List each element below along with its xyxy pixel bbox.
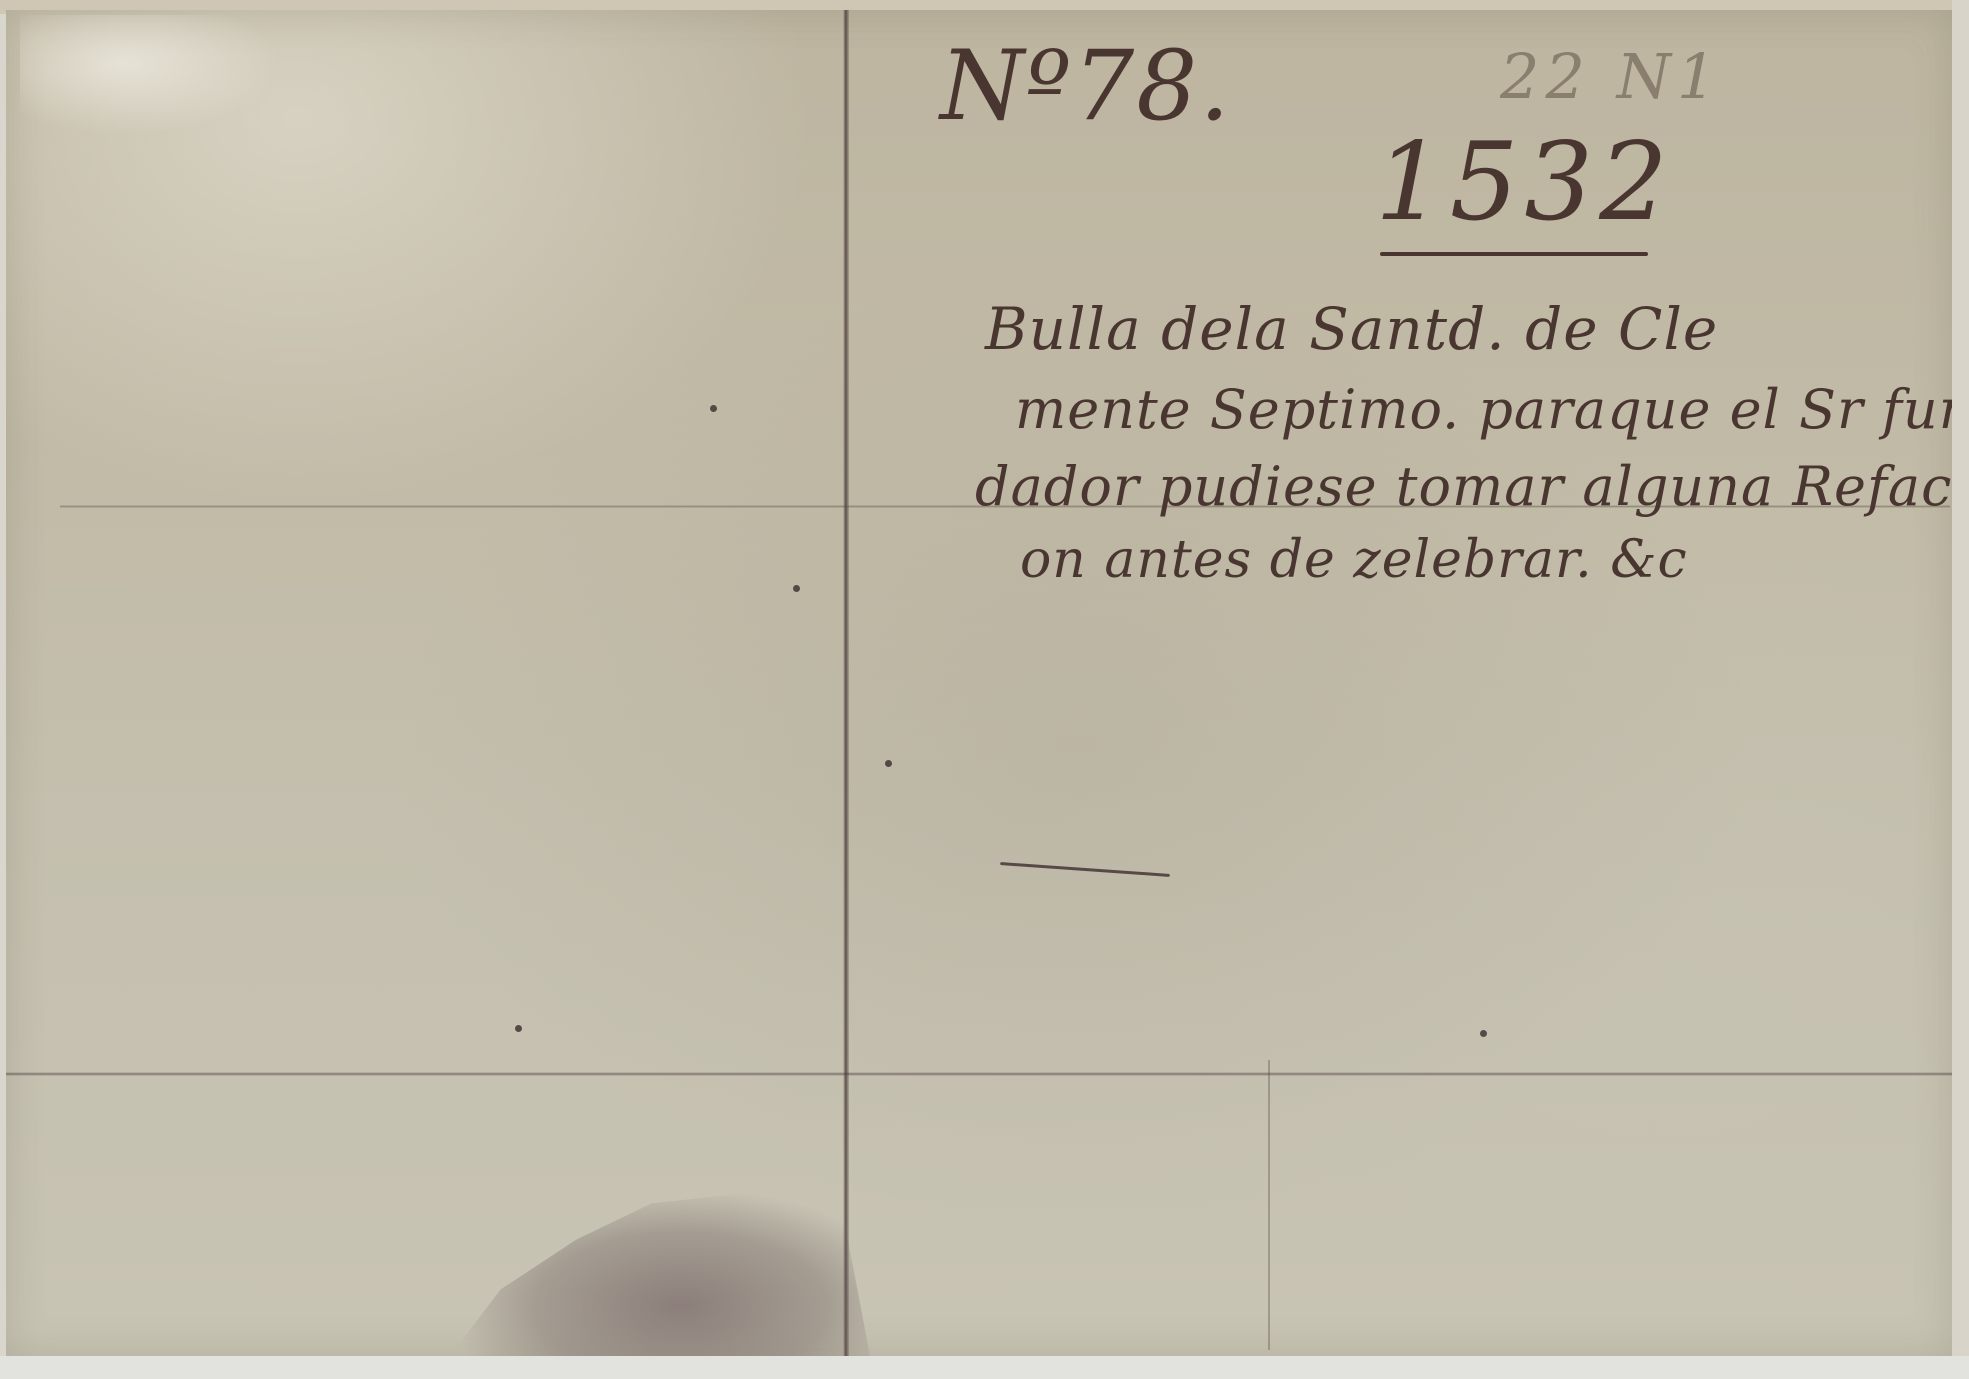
endorsement-line-1: Bulla dela Santd. de Cle: [985, 295, 1718, 363]
ink-speck: [515, 1025, 522, 1032]
ink-speck: [885, 760, 892, 767]
catalog-number: Nº78.: [940, 30, 1232, 142]
document-year: 1532: [1375, 120, 1674, 245]
endorsement-line-2: mente Septimo. paraque el Sr fun: [1015, 378, 1969, 441]
pencil-reference: 22 N1: [1500, 40, 1722, 113]
mount-bottom-edge: [0, 1356, 1969, 1379]
photo-glare: [20, 15, 280, 135]
ink-speck: [793, 585, 800, 592]
mount-right-edge: [1952, 0, 1969, 1379]
vertical-fold-crease-lower: [1268, 1060, 1270, 1350]
vertical-fold-crease: [843, 10, 849, 1356]
endorsement-line-4: on antes de zelebrar. &c: [1020, 530, 1688, 590]
endorsement-line-3: dador pudiese tomar alguna Refacci: [975, 455, 1969, 518]
ink-speck: [1480, 1030, 1487, 1037]
horizontal-fold-crease-lower: [6, 1072, 1952, 1076]
ink-speck: [710, 405, 717, 412]
year-underline: [1380, 252, 1648, 256]
